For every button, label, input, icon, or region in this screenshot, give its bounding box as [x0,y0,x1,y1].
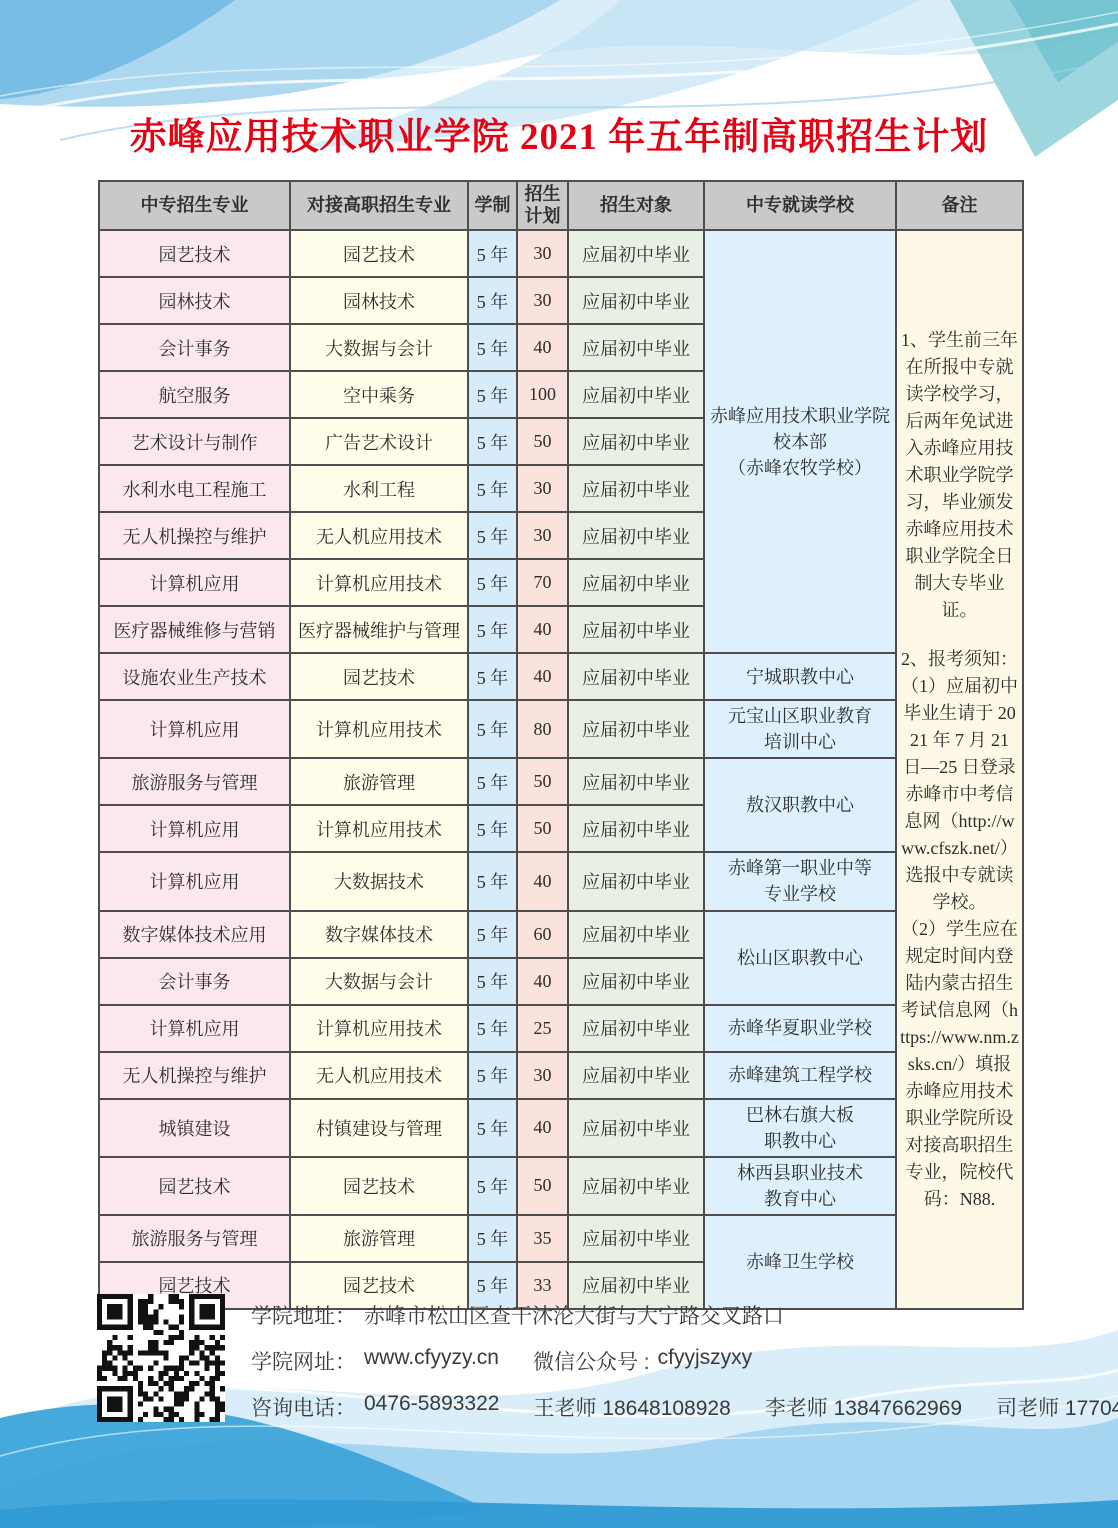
column-header-target: 招生对象 [568,181,704,230]
cell-major: 计算机应用 [99,1005,290,1052]
cell-years: 5 年 [468,1157,517,1215]
cell-years: 5 年 [468,653,517,700]
cell-college-major: 计算机应用技术 [290,700,468,758]
cell-years: 5 年 [468,465,517,512]
cell-plan: 30 [517,512,568,559]
remarks-paragraph: （2）学生应在规定时间内登陆内蒙古招生考试信息网（https://www.nm.… [899,916,1020,1213]
phone-value: 0476-5893322 [364,1392,499,1422]
table-header-row: 中专招生专业 对接高职招生专业 学制 招生计划 招生对象 中专就读学校 备注 [99,181,1023,230]
cell-school: 赤峰建筑工程学校 [704,1052,896,1099]
cell-target: 应届初中毕业 [568,1157,704,1215]
cell-school: 赤峰华夏职业学校 [704,1005,896,1052]
cell-years: 5 年 [468,418,517,465]
cell-target: 应届初中毕业 [568,758,704,805]
cell-target: 应届初中毕业 [568,230,704,277]
cell-target: 应届初中毕业 [568,371,704,418]
cell-major: 会计事务 [99,324,290,371]
cell-college-major: 旅游管理 [290,1215,468,1262]
address-value: 赤峰市松山区查干沐沦大街与大宁路交叉路口 [364,1300,784,1330]
column-header-school: 中专就读学校 [704,181,896,230]
enrollment-table: 中专招生专业 对接高职招生专业 学制 招生计划 招生对象 中专就读学校 备注 园… [98,180,1024,1310]
page-title: 赤峰应用技术职业学院 2021 年五年制高职招生计划 [0,106,1118,160]
cell-years: 5 年 [468,324,517,371]
cell-target: 应届初中毕业 [568,418,704,465]
column-header-major: 中专招生专业 [99,181,290,230]
table-row: 计算机应用大数据技术5 年40应届初中毕业赤峰第一职业中等 专业学校 [99,852,1023,910]
cell-target: 应届初中毕业 [568,852,704,910]
contact-1: 王老师 18648108928 [533,1392,730,1422]
cell-college-major: 旅游管理 [290,758,468,805]
cell-major: 数字媒体技术应用 [99,911,290,958]
cell-target: 应届初中毕业 [568,700,704,758]
cell-target: 应届初中毕业 [568,606,704,653]
cell-college-major: 村镇建设与管理 [290,1099,468,1157]
cell-years: 5 年 [468,1099,517,1157]
remarks-paragraph: （1）应届初中毕业生请于 2021 年 7 月 21 日—25 日登录赤峰市中考… [899,673,1020,916]
cell-plan: 50 [517,418,568,465]
cell-years: 5 年 [468,852,517,910]
cell-major: 园艺技术 [99,230,290,277]
cell-plan: 80 [517,700,568,758]
cell-target: 应届初中毕业 [568,1215,704,1262]
cell-plan: 50 [517,805,568,852]
wechat-label: 微信公众号 : [533,1346,650,1376]
cell-college-major: 计算机应用技术 [290,559,468,606]
column-header-college-major: 对接高职招生专业 [290,181,468,230]
cell-plan: 70 [517,559,568,606]
address-line: 学院地址：赤峰市松山区查干沐沦大街与大宁路交叉路口 [251,1300,1118,1330]
cell-plan: 50 [517,758,568,805]
cell-target: 应届初中毕业 [568,512,704,559]
website-label: 学院网址： [251,1346,356,1376]
cell-school: 松山区职教中心 [704,911,896,1005]
cell-years: 5 年 [468,277,517,324]
cell-college-major: 空中乘务 [290,371,468,418]
cell-years: 5 年 [468,512,517,559]
phone-label: 咨询电话： [251,1392,356,1422]
cell-school: 林西县职业技术 教育中心 [704,1157,896,1215]
cell-plan: 40 [517,653,568,700]
cell-years: 5 年 [468,958,517,1005]
cell-target: 应届初中毕业 [568,1052,704,1099]
cell-college-major: 无人机应用技术 [290,512,468,559]
cell-plan: 40 [517,958,568,1005]
cell-plan: 30 [517,230,568,277]
cell-school: 元宝山区职业教育 培训中心 [704,700,896,758]
enrollment-table-body: 园艺技术园艺技术5 年30应届初中毕业赤峰应用技术职业学院 校本部 （赤峰农牧学… [99,230,1023,1309]
remarks-paragraph: 2、报考须知： [899,646,1020,673]
table-row: 旅游服务与管理旅游管理5 年35应届初中毕业赤峰卫生学校 [99,1215,1023,1262]
cell-plan: 30 [517,277,568,324]
cell-college-major: 园艺技术 [290,1157,468,1215]
cell-target: 应届初中毕业 [568,324,704,371]
cell-major: 计算机应用 [99,805,290,852]
contact-lines: 学院地址：赤峰市松山区查干沐沦大街与大宁路交叉路口 学院网址：www.cfyyz… [251,1294,1118,1422]
cell-plan: 60 [517,911,568,958]
cell-target: 应届初中毕业 [568,911,704,958]
cell-plan: 30 [517,465,568,512]
table-row: 计算机应用计算机应用技术5 年80应届初中毕业元宝山区职业教育 培训中心 [99,700,1023,758]
cell-plan: 100 [517,371,568,418]
cell-school: 敖汉职教中心 [704,758,896,852]
cell-major: 计算机应用 [99,700,290,758]
cell-major: 旅游服务与管理 [99,1215,290,1262]
cell-target: 应届初中毕业 [568,805,704,852]
table-row: 无人机操控与维护无人机应用技术5 年30应届初中毕业赤峰建筑工程学校 [99,1052,1023,1099]
table-row: 园艺技术园艺技术5 年50应届初中毕业林西县职业技术 教育中心 [99,1157,1023,1215]
cell-college-major: 园艺技术 [290,653,468,700]
cell-years: 5 年 [468,1215,517,1262]
cell-target: 应届初中毕业 [568,1099,704,1157]
cell-major: 无人机操控与维护 [99,1052,290,1099]
cell-college-major: 大数据技术 [290,852,468,910]
cell-major: 无人机操控与维护 [99,512,290,559]
cell-major: 计算机应用 [99,852,290,910]
cell-major: 水利水电工程施工 [99,465,290,512]
cell-college-major: 计算机应用技术 [290,805,468,852]
cell-school: 巴林右旗大板 职教中心 [704,1099,896,1157]
cell-college-major: 计算机应用技术 [290,1005,468,1052]
cell-years: 5 年 [468,559,517,606]
cell-years: 5 年 [468,1052,517,1099]
cell-years: 5 年 [468,606,517,653]
cell-years: 5 年 [468,805,517,852]
cell-target: 应届初中毕业 [568,958,704,1005]
cell-plan: 50 [517,1157,568,1215]
column-header-plan: 招生计划 [517,181,568,230]
cell-college-major: 医疗器械维护与管理 [290,606,468,653]
cell-school: 赤峰第一职业中等 专业学校 [704,852,896,910]
cell-major: 会计事务 [99,958,290,1005]
address-label: 学院地址： [251,1300,356,1330]
cell-years: 5 年 [468,1005,517,1052]
cell-major: 旅游服务与管理 [99,758,290,805]
cell-school: 赤峰应用技术职业学院 校本部 （赤峰农牧学校） [704,230,896,653]
cell-college-major: 广告艺术设计 [290,418,468,465]
contact-2: 李老师 13847662969 [765,1392,962,1422]
cell-college-major: 园林技术 [290,277,468,324]
table-row: 旅游服务与管理旅游管理5 年50应届初中毕业敖汉职教中心 [99,758,1023,805]
table-row: 园艺技术园艺技术5 年30应届初中毕业赤峰应用技术职业学院 校本部 （赤峰农牧学… [99,230,1023,277]
cell-plan: 40 [517,324,568,371]
table-row: 数字媒体技术应用数字媒体技术5 年60应届初中毕业松山区职教中心 [99,911,1023,958]
cell-major: 航空服务 [99,371,290,418]
cell-plan: 25 [517,1005,568,1052]
cell-major: 园林技术 [99,277,290,324]
column-header-years: 学制 [468,181,517,230]
footer-contact-block: 学院地址：赤峰市松山区查干沐沦大街与大宁路交叉路口 学院网址：www.cfyyz… [97,1294,1118,1422]
cell-years: 5 年 [468,371,517,418]
phone-line: 咨询电话：0476-5893322 王老师 18648108928 李老师 13… [251,1392,1118,1422]
table-row: 计算机应用计算机应用技术5 年25应届初中毕业赤峰华夏职业学校 [99,1005,1023,1052]
cell-target: 应届初中毕业 [568,653,704,700]
cell-major: 设施农业生产技术 [99,653,290,700]
cell-major: 艺术设计与制作 [99,418,290,465]
cell-school: 宁城职教中心 [704,653,896,700]
cell-college-major: 水利工程 [290,465,468,512]
cell-college-major: 大数据与会计 [290,958,468,1005]
cell-target: 应届初中毕业 [568,277,704,324]
cell-major: 计算机应用 [99,559,290,606]
cell-college-major: 大数据与会计 [290,324,468,371]
cell-major: 城镇建设 [99,1099,290,1157]
cell-target: 应届初中毕业 [568,1005,704,1052]
cell-years: 5 年 [468,911,517,958]
cell-plan: 40 [517,1099,568,1157]
cell-college-major: 园艺技术 [290,230,468,277]
contact-3: 司老师 17704761239 [996,1392,1118,1422]
table-row: 城镇建设村镇建设与管理5 年40应届初中毕业巴林右旗大板 职教中心 [99,1099,1023,1157]
qr-code [97,1294,225,1422]
cell-target: 应届初中毕业 [568,465,704,512]
cell-plan: 40 [517,606,568,653]
remarks-paragraph: 1、学生前三年在所报中专就读学校学习，后两年免试进入赤峰应用技术职业学院学习，毕… [899,327,1020,624]
cell-years: 5 年 [468,230,517,277]
cell-plan: 40 [517,852,568,910]
cell-years: 5 年 [468,758,517,805]
cell-major: 园艺技术 [99,1157,290,1215]
cell-years: 5 年 [468,700,517,758]
cell-plan: 30 [517,1052,568,1099]
cell-target: 应届初中毕业 [568,559,704,606]
cell-college-major: 无人机应用技术 [290,1052,468,1099]
poster-page: 赤峰应用技术职业学院 2021 年五年制高职招生计划 中专招生专业 对接高职招生… [0,0,1118,1528]
cell-college-major: 数字媒体技术 [290,911,468,958]
cell-remarks: 1、学生前三年在所报中专就读学校学习，后两年免试进入赤峰应用技术职业学院学习，毕… [896,230,1023,1309]
website-value: www.cfyyzy.cn [364,1346,499,1376]
table-row: 设施农业生产技术园艺技术5 年40应届初中毕业宁城职教中心 [99,653,1023,700]
wechat-value: cfyyjszyxy [658,1346,753,1376]
cell-major: 医疗器械维修与营销 [99,606,290,653]
column-header-remarks: 备注 [896,181,1023,230]
cell-plan: 35 [517,1215,568,1262]
website-line: 学院网址：www.cfyyzy.cn 微信公众号 :cfyyjszyxy [251,1346,1118,1376]
